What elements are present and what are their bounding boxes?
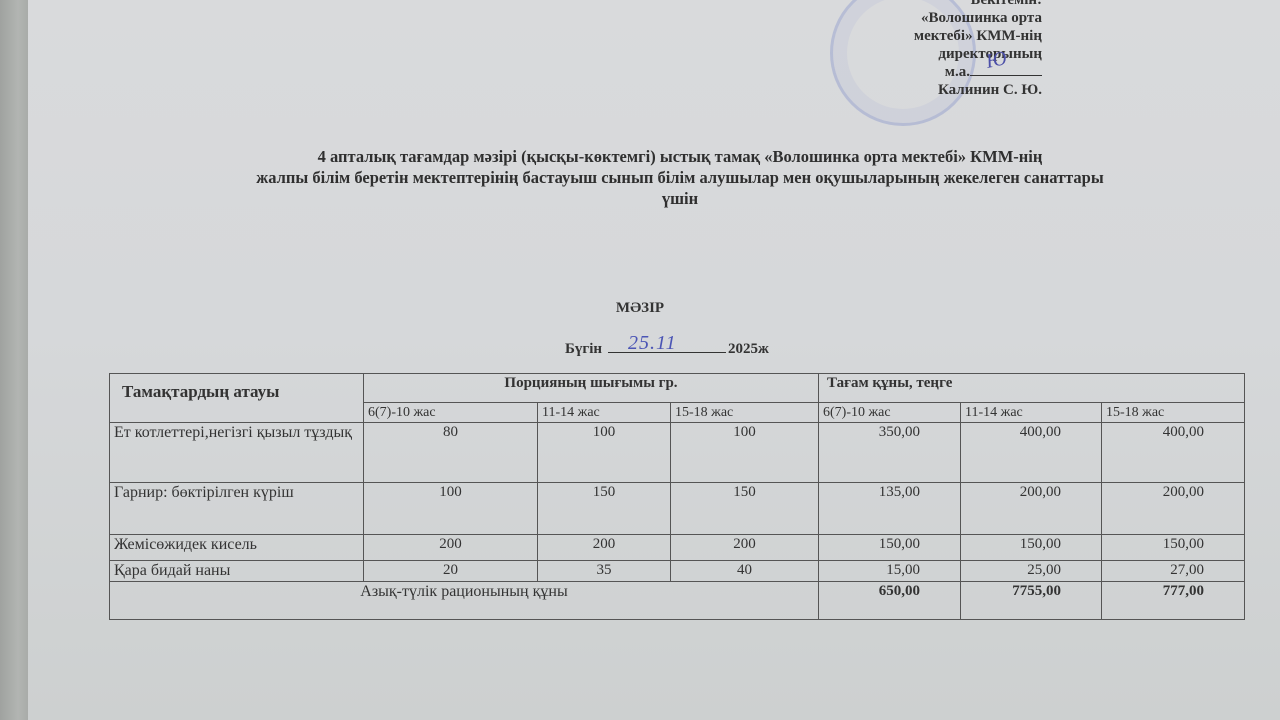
approval-signer: Калинин С. Ю. bbox=[862, 81, 1042, 99]
portion-cell: 150 bbox=[538, 483, 671, 535]
header-cost: Тағам құны, теңге bbox=[819, 374, 1245, 403]
signature-blank: Ю bbox=[970, 63, 1042, 76]
cost-cell: 150,00 bbox=[819, 535, 961, 561]
dish-name: Қара бидай наны bbox=[110, 561, 364, 582]
title-line-1: 4 апталық тағамдар мәзірі (қысқы-көктемг… bbox=[110, 146, 1250, 167]
header-portion-age-1: 6(7)-10 жас bbox=[364, 403, 538, 423]
cost-cell: 200,00 bbox=[961, 483, 1102, 535]
menu-table: Тамақтардың атауы Порцияның шығымы гр. Т… bbox=[109, 373, 1245, 620]
approval-line: мектебі» КММ-нің bbox=[862, 27, 1042, 45]
handwritten-signature: Ю bbox=[984, 49, 1008, 71]
table-total-row: Азық-түлік рационының құны 650,00 7755,0… bbox=[110, 582, 1245, 620]
header-dish-name: Тамақтардың атауы bbox=[110, 374, 364, 423]
table-row: Гарнир: бөктірілген күріш100150150135,00… bbox=[110, 483, 1245, 535]
portion-cell: 35 bbox=[538, 561, 671, 582]
cost-cell: 15,00 bbox=[819, 561, 961, 582]
cost-cell: 135,00 bbox=[819, 483, 961, 535]
cost-cell: 400,00 bbox=[961, 423, 1102, 483]
document-title: 4 апталық тағамдар мәзірі (қысқы-көктемг… bbox=[110, 146, 1250, 209]
cost-cell: 25,00 bbox=[961, 561, 1102, 582]
total-cost-age-1: 650,00 bbox=[819, 582, 961, 620]
date-blank: 25.11 bbox=[608, 338, 726, 353]
portion-cell: 200 bbox=[671, 535, 819, 561]
dish-name: Жемісөжидек кисель bbox=[110, 535, 364, 561]
table-header-row: Тамақтардың атауы Порцияның шығымы гр. Т… bbox=[110, 374, 1245, 403]
portion-cell: 100 bbox=[671, 423, 819, 483]
approval-block: Бекітемін: «Волошинка орта мектебі» КММ-… bbox=[862, 0, 1042, 99]
approval-line: «Волошинка орта bbox=[862, 9, 1042, 27]
approval-line: директорының bbox=[862, 45, 1042, 63]
desk-background bbox=[0, 0, 30, 720]
portion-cell: 200 bbox=[538, 535, 671, 561]
portion-cell: 150 bbox=[671, 483, 819, 535]
title-line-2: жалпы білім беретін мектептерінің бастау… bbox=[110, 167, 1250, 188]
dish-name: Гарнир: бөктірілген күріш bbox=[110, 483, 364, 535]
header-portion-age-2: 11-14 жас bbox=[538, 403, 671, 423]
date-year: 2025ж bbox=[728, 341, 769, 357]
table-row: Қара бидай наны20354015,0025,0027,00 bbox=[110, 561, 1245, 582]
header-portion-age-3: 15-18 жас bbox=[671, 403, 819, 423]
date-line: Бүгін25.112025ж bbox=[565, 338, 769, 358]
cost-cell: 350,00 bbox=[819, 423, 961, 483]
approval-line: Бекітемін: bbox=[862, 0, 1042, 9]
total-label: Азық-түлік рационының құны bbox=[110, 582, 819, 620]
portion-cell: 100 bbox=[538, 423, 671, 483]
header-cost-age-3: 15-18 жас bbox=[1102, 403, 1245, 423]
header-cost-age-2: 11-14 жас bbox=[961, 403, 1102, 423]
approval-signature-line: м.а.Ю bbox=[862, 63, 1042, 81]
portion-cell: 20 bbox=[364, 561, 538, 582]
header-portion: Порцияның шығымы гр. bbox=[364, 374, 819, 403]
total-cost-age-3: 777,00 bbox=[1102, 582, 1245, 620]
portion-cell: 80 bbox=[364, 423, 538, 483]
portion-cell: 200 bbox=[364, 535, 538, 561]
cost-cell: 200,00 bbox=[1102, 483, 1245, 535]
approval-role: м.а. bbox=[945, 64, 970, 80]
date-label: Бүгін bbox=[565, 341, 602, 357]
title-line-3: үшін bbox=[110, 188, 1250, 209]
handwritten-date: 25.11 bbox=[628, 332, 677, 355]
cost-cell: 27,00 bbox=[1102, 561, 1245, 582]
header-cost-age-1: 6(7)-10 жас bbox=[819, 403, 961, 423]
total-cost-age-2: 7755,00 bbox=[961, 582, 1102, 620]
dish-name: Ет котлеттері,негізгі қызыл тұздық bbox=[110, 423, 364, 483]
cost-cell: 400,00 bbox=[1102, 423, 1245, 483]
table-row: Жемісөжидек кисель200200200150,00150,001… bbox=[110, 535, 1245, 561]
cost-cell: 150,00 bbox=[961, 535, 1102, 561]
cost-cell: 150,00 bbox=[1102, 535, 1245, 561]
table-row: Ет котлеттері,негізгі қызыл тұздық801001… bbox=[110, 423, 1245, 483]
portion-cell: 100 bbox=[364, 483, 538, 535]
menu-heading: МӘЗІР bbox=[0, 300, 1280, 317]
portion-cell: 40 bbox=[671, 561, 819, 582]
